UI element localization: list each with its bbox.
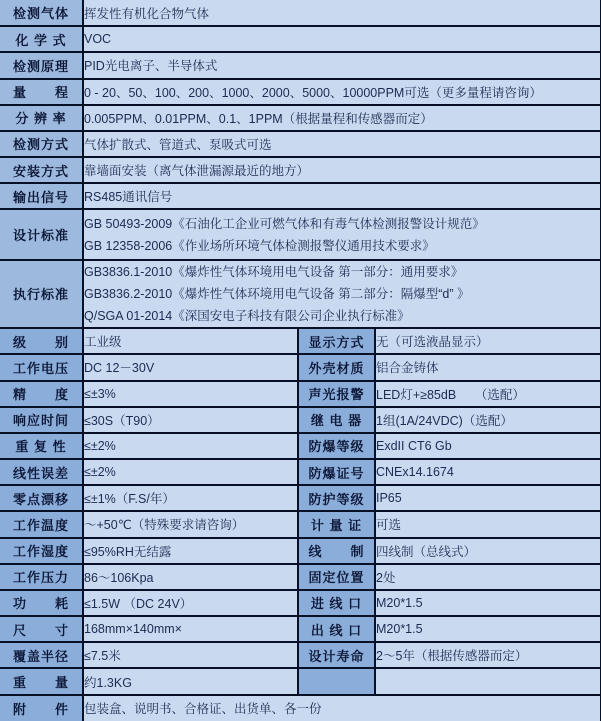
spec-value-cell <box>375 668 601 694</box>
spec-value-cell: 168mm×140mm× <box>83 616 298 642</box>
spec-label-cell: 设计标准 <box>0 209 83 259</box>
spec-row: 工作湿度≤95%RH无结露线 制四线制（总线式） <box>0 538 601 564</box>
spec-label-cell: 进 线 口 <box>298 590 375 616</box>
spec-label-cell: 线 制 <box>298 538 375 564</box>
spec-value-cell: ≤±1%（F.S/年） <box>83 485 298 511</box>
spec-value-cell: ≤±2% <box>83 459 298 485</box>
spec-value-cell: ≤±2% <box>83 433 298 459</box>
spec-value-cell: 挥发性有机化合物气体 <box>83 0 601 26</box>
spec-label-cell: 设计寿命 <box>298 642 375 668</box>
spec-row: 工作压力86～106Kpa固定位置2处 <box>0 564 601 590</box>
spec-row: 分 辨 率0.005PPM、0.01PPM、0.1、1PPM（根据量程和传感器而… <box>0 105 601 131</box>
spec-value-cell: 包装盒、说明书、合格证、出货单、各一份 <box>83 695 601 721</box>
spec-value-line: Q/SGA 01-2014《深国安电子科技有限公司企业执行标准》 <box>84 305 600 327</box>
spec-label-cell: 防护等级 <box>298 485 375 511</box>
spec-label-cell: 安装方式 <box>0 157 83 183</box>
spec-value-cell: 四线制（总线式） <box>375 538 601 564</box>
spec-row: 级 别工业级显示方式无（可选液晶显示） <box>0 328 601 354</box>
spec-label-cell: 尺 寸 <box>0 616 83 642</box>
spec-value-cell: ～+50℃（特殊要求请咨询） <box>83 511 298 537</box>
spec-value-cell: CNEx14.1674 <box>375 459 601 485</box>
spec-value-cell: 可选 <box>375 511 601 537</box>
spec-row: 线性误差≤±2%防爆证号CNEx14.1674 <box>0 459 601 485</box>
spec-label-cell: 附 件 <box>0 695 83 721</box>
spec-row: 检测气体挥发性有机化合物气体 <box>0 0 601 26</box>
spec-value-cell: ExdII CT6 Gb <box>375 433 601 459</box>
spec-value-cell: GB3836.1-2010《爆炸性气体环境用电气设备 第一部分：通用要求》GB3… <box>83 260 601 328</box>
spec-row: 输出信号RS485通讯信号 <box>0 183 601 209</box>
spec-label-cell: 外壳材质 <box>298 354 375 380</box>
spec-value-cell: PID光电离子、半导体式 <box>83 52 601 78</box>
spec-label-cell: 显示方式 <box>298 328 375 354</box>
spec-value-cell: ≤30S（T90） <box>83 407 298 433</box>
spec-label-cell: 检测原理 <box>0 52 83 78</box>
spec-label-cell: 功 耗 <box>0 590 83 616</box>
spec-row: 功 耗≤1.5W （DC 24V）进 线 口M20*1.5 <box>0 590 601 616</box>
spec-label-cell: 重 复 性 <box>0 433 83 459</box>
spec-value-cell: 工业级 <box>83 328 298 354</box>
spec-value-cell: 0.005PPM、0.01PPM、0.1、1PPM（根据量程和传感器而定） <box>83 105 601 131</box>
spec-sheet-page: 检测气体挥发性有机化合物气体化 学 式VOC检测原理PID光电离子、半导体式量 … <box>0 0 601 721</box>
spec-label-cell: 工作压力 <box>0 564 83 590</box>
spec-label-cell: 响应时间 <box>0 407 83 433</box>
spec-row: 精 度≤±3%声光报警LED灯+≥85dB （选配） <box>0 381 601 407</box>
spec-row: 执行标准GB3836.1-2010《爆炸性气体环境用电气设备 第一部分：通用要求… <box>0 260 601 328</box>
spec-label-cell: 级 别 <box>0 328 83 354</box>
spec-value-cell: 靠墙面安装（离气体泄漏源最近的地方） <box>83 157 601 183</box>
spec-value-line: GB3836.2-2010《爆炸性气体环境用电气设备 第二部分：隔爆型“d” 》 <box>84 283 600 305</box>
spec-label-cell: 计 量 证 <box>298 511 375 537</box>
spec-value-cell: RS485通讯信号 <box>83 183 601 209</box>
spec-label-cell: 防爆证号 <box>298 459 375 485</box>
spec-row: 设计标准GB 50493-2009《石油化工企业可燃气体和有毒气体检测报警设计规… <box>0 209 601 259</box>
spec-value-cell: 气体扩散式、管道式、泵吸式可选 <box>83 131 601 157</box>
spec-value-cell: VOC <box>83 26 601 52</box>
spec-row: 量 程0 - 20、50、100、200、1000、2000、5000、1000… <box>0 79 601 105</box>
spec-row: 尺 寸168mm×140mm×出 线 口M20*1.5 <box>0 616 601 642</box>
spec-value-line: GB3836.1-2010《爆炸性气体环境用电气设备 第一部分：通用要求》 <box>84 261 600 283</box>
spec-row: 安装方式靠墙面安装（离气体泄漏源最近的地方） <box>0 157 601 183</box>
spec-label-cell: 执行标准 <box>0 260 83 328</box>
spec-label-cell: 重 量 <box>0 668 83 694</box>
spec-value-line: GB 50493-2009《石油化工企业可燃气体和有毒气体检测报警设计规范》 <box>84 213 600 235</box>
spec-value-cell: 约1.3KG <box>83 668 298 694</box>
spec-row: 覆盖半径≤7.5米设计寿命2～5年（根据传感器而定） <box>0 642 601 668</box>
spec-label-cell: 精 度 <box>0 381 83 407</box>
spec-value-cell: GB 50493-2009《石油化工企业可燃气体和有毒气体检测报警设计规范》GB… <box>83 209 601 259</box>
spec-label-cell: 固定位置 <box>298 564 375 590</box>
spec-table: 检测气体挥发性有机化合物气体化 学 式VOC检测原理PID光电离子、半导体式量 … <box>0 0 601 721</box>
spec-row: 工作电压DC 12－30V外壳材质铝合金铸体 <box>0 354 601 380</box>
spec-value-cell: 1组(1A/24VDC)（选配） <box>375 407 601 433</box>
spec-value-cell: LED灯+≥85dB （选配） <box>375 381 601 407</box>
spec-value-cell: ≤95%RH无结露 <box>83 538 298 564</box>
spec-row: 化 学 式VOC <box>0 26 601 52</box>
spec-value-cell: 2处 <box>375 564 601 590</box>
spec-row: 检测方式气体扩散式、管道式、泵吸式可选 <box>0 131 601 157</box>
spec-value-cell: M20*1.5 <box>375 590 601 616</box>
spec-label-cell: 工作温度 <box>0 511 83 537</box>
spec-row: 零点漂移≤±1%（F.S/年）防护等级IP65 <box>0 485 601 511</box>
spec-row: 检测原理PID光电离子、半导体式 <box>0 52 601 78</box>
spec-label-cell: 声光报警 <box>298 381 375 407</box>
spec-label-cell: 工作湿度 <box>0 538 83 564</box>
spec-label-cell: 零点漂移 <box>0 485 83 511</box>
spec-label-cell: 化 学 式 <box>0 26 83 52</box>
spec-row: 工作温度～+50℃（特殊要求请咨询）计 量 证可选 <box>0 511 601 537</box>
spec-label-cell: 防爆等级 <box>298 433 375 459</box>
spec-row: 重 复 性≤±2%防爆等级ExdII CT6 Gb <box>0 433 601 459</box>
spec-label-cell: 量 程 <box>0 79 83 105</box>
spec-value-cell: 铝合金铸体 <box>375 354 601 380</box>
spec-value-cell: IP65 <box>375 485 601 511</box>
spec-label-cell: 分 辨 率 <box>0 105 83 131</box>
spec-value-cell: 2～5年（根据传感器而定） <box>375 642 601 668</box>
spec-value-cell: 86～106Kpa <box>83 564 298 590</box>
spec-value-cell: 无（可选液晶显示） <box>375 328 601 354</box>
spec-value-line: GB 12358-2006《作业场所环境气体检测报警仪通用技术要求》 <box>84 235 600 257</box>
spec-label-cell: 工作电压 <box>0 354 83 380</box>
spec-row: 响应时间≤30S（T90）继 电 器1组(1A/24VDC)（选配） <box>0 407 601 433</box>
spec-label-cell: 输出信号 <box>0 183 83 209</box>
spec-label-cell: 出 线 口 <box>298 616 375 642</box>
spec-label-cell: 检测气体 <box>0 0 83 26</box>
spec-value-cell: DC 12－30V <box>83 354 298 380</box>
spec-value-cell: ≤7.5米 <box>83 642 298 668</box>
spec-value-cell: 0 - 20、50、100、200、1000、2000、5000、10000PP… <box>83 79 601 105</box>
spec-value-cell: M20*1.5 <box>375 616 601 642</box>
spec-label-cell <box>298 668 375 694</box>
spec-row: 附 件包装盒、说明书、合格证、出货单、各一份 <box>0 695 601 721</box>
spec-label-cell: 检测方式 <box>0 131 83 157</box>
spec-row: 重 量约1.3KG <box>0 668 601 694</box>
spec-label-cell: 线性误差 <box>0 459 83 485</box>
spec-label-cell: 继 电 器 <box>298 407 375 433</box>
spec-value-cell: ≤1.5W （DC 24V） <box>83 590 298 616</box>
spec-label-cell: 覆盖半径 <box>0 642 83 668</box>
spec-value-cell: ≤±3% <box>83 381 298 407</box>
